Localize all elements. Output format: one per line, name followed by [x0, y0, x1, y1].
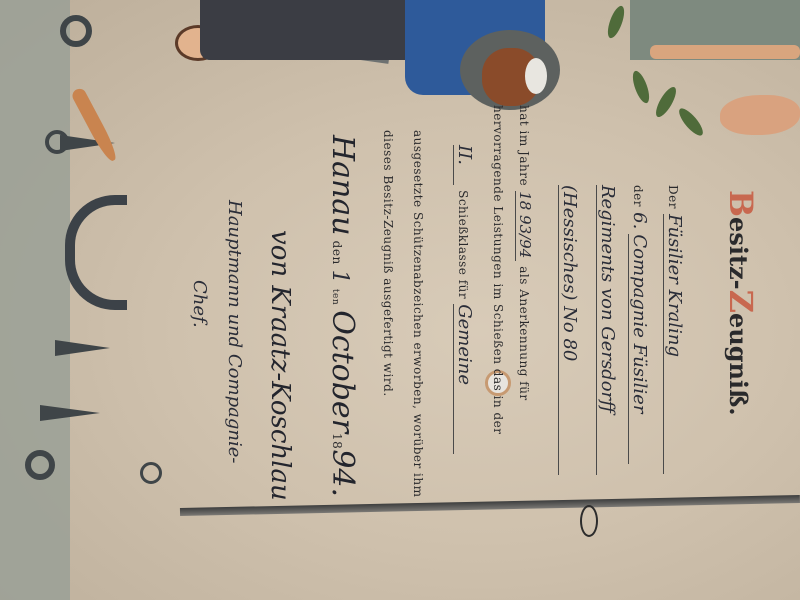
line-recipient: Der Füsilier Kraling	[663, 185, 685, 474]
handwritten-regiment: Regiments von Gersdorff	[596, 185, 618, 475]
printed-text: der	[631, 185, 645, 207]
signature-name: von Kraatz-Koschlau	[265, 230, 295, 501]
printed-text: hat im Jahre	[517, 105, 531, 186]
signature-rank: Hauptmann und Compagnie-	[224, 200, 245, 463]
printed-text: Der	[666, 185, 680, 209]
printed-text: den	[330, 241, 344, 265]
handwritten-regiment-number: (Hessisches) No 80	[558, 185, 580, 475]
printed-text: ten	[330, 289, 340, 305]
printed-text: Schießklasse für	[456, 190, 470, 299]
certificate-title: Besitz-Zeugniß.	[722, 190, 760, 416]
line-regiment-number: (Hessisches) No 80	[558, 185, 580, 475]
handwritten-month: October	[325, 310, 360, 433]
handwritten-year-final: 94.	[325, 449, 360, 497]
title-part-2: eugniß.	[724, 313, 753, 416]
title-initial-z: Z	[722, 290, 760, 313]
signature-title: Chef.	[189, 280, 210, 328]
handwritten-text: Compagnie Füsilier	[628, 234, 650, 464]
handwritten-day: 1	[327, 270, 352, 284]
line-year: hat im Jahre 18 93/94 als Anerkennung fü…	[515, 105, 535, 401]
printed-line: ausgesetzte Schützenabzeichen erworben, …	[411, 130, 425, 497]
title-initial-b: B	[722, 190, 760, 217]
handwritten-rank: Gemeine	[453, 304, 475, 454]
printed-line: dieses Besitz-Zeugniß ausgefertigt wird.	[381, 130, 395, 397]
printed-text: 18	[330, 433, 344, 449]
line-company: der 6. Compagnie Füsilier	[628, 185, 650, 464]
place-date-line: Hanau den 1 ten October1894.	[325, 135, 360, 497]
printed-text: als Anerkennung für	[517, 266, 531, 400]
handwritten-place: Hanau	[325, 135, 360, 236]
certificate-text-block: Besitz-Zeugniß. Der Füsilier Kraling der…	[0, 0, 800, 600]
certificate-photo: Besitz-Zeugniß. Der Füsilier Kraling der…	[0, 0, 800, 600]
printed-line: hervorragende Leistungen im Schießen das…	[491, 105, 505, 435]
line-regiment: Regiments von Gersdorff	[596, 185, 618, 475]
handwritten-name: Füsilier Kraling	[663, 214, 685, 474]
title-part-1: esitz-	[724, 217, 753, 290]
handwritten-year: 18 93/94	[515, 191, 534, 261]
line-class: II. Schießklasse für Gemeine	[453, 145, 475, 454]
handwritten-class-number: II.	[453, 145, 475, 185]
handwritten-number: 6.	[629, 212, 650, 229]
